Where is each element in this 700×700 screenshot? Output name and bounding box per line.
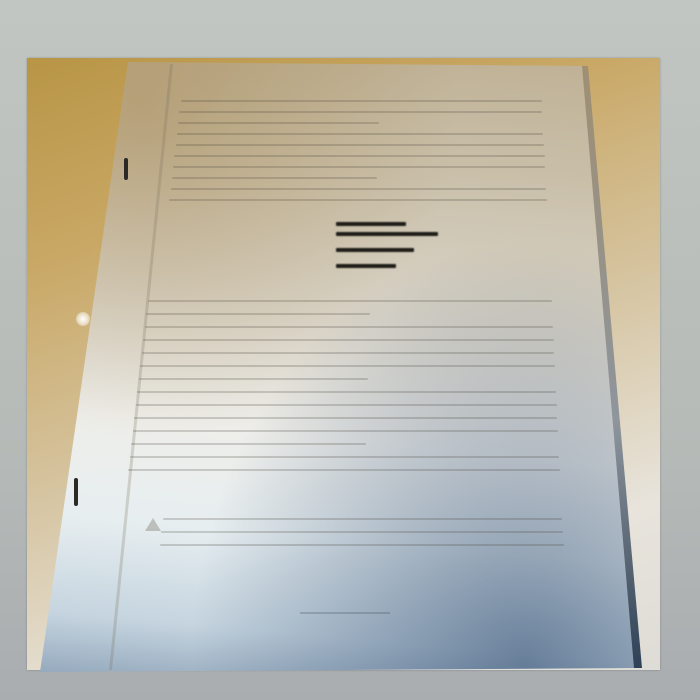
punch-hole-mark-top: [124, 158, 128, 180]
text-line: [178, 122, 379, 124]
text-line: [146, 313, 369, 315]
blurred-body-text: [0, 0, 700, 700]
text-line: [171, 188, 547, 190]
punch-hole-mark-bottom: [74, 478, 78, 506]
text-line: [128, 469, 560, 471]
footer-text-line: [300, 612, 390, 614]
text-line: [172, 177, 378, 179]
text-line: [163, 518, 563, 520]
text-line: [176, 144, 544, 146]
bold-heading-block: [336, 222, 446, 278]
text-line: [136, 404, 557, 406]
light-glare: [76, 312, 90, 326]
text-line: [139, 378, 368, 380]
text-line: [177, 133, 544, 135]
text-line: [131, 443, 366, 445]
text-line: [137, 391, 556, 393]
heading-line: [336, 222, 406, 226]
text-line: [142, 352, 555, 354]
text-line: [160, 544, 564, 546]
text-line: [130, 456, 560, 458]
text-line: [143, 339, 553, 341]
text-line: [173, 166, 545, 168]
text-line: [161, 531, 563, 533]
text-line: [145, 326, 553, 328]
text-line: [140, 365, 555, 367]
heading-line: [336, 232, 438, 236]
heading-line: [336, 264, 396, 268]
heading-line: [336, 248, 414, 252]
text-line: [181, 100, 542, 102]
text-line: [179, 111, 542, 113]
text-line: [133, 430, 558, 432]
text-line: [169, 199, 546, 201]
text-line: [174, 155, 544, 157]
text-line: [134, 417, 557, 419]
warning-triangle-icon: [145, 518, 161, 531]
text-line: [148, 300, 552, 302]
